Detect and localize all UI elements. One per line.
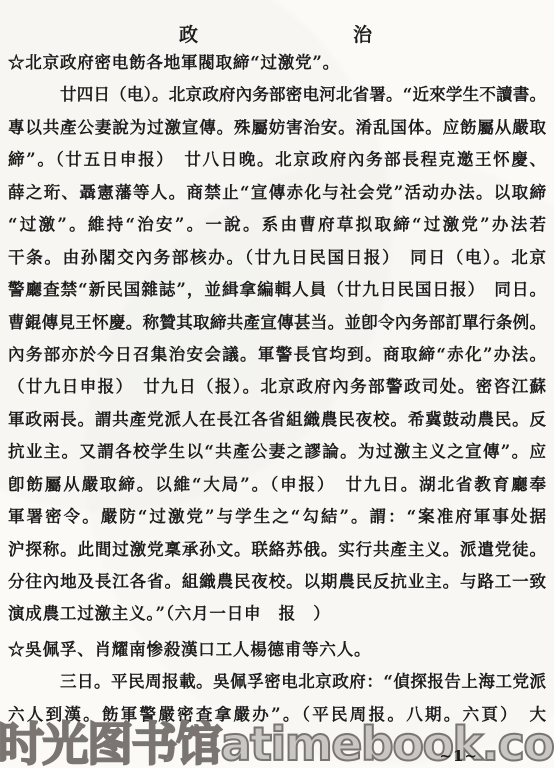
text-line: 沪探称。此間过激党稟承孙文。联絡苏俄。实行共產主义。派遣党徒。 bbox=[8, 534, 546, 566]
text-line: “过激”。維持“治安”。一說。系由曹府草拟取締“过激党”办法若 bbox=[8, 209, 546, 241]
text-line: 抗业主。又謂各校学生以“共產公妻之謬論。为过激主义之宣傳”。应 bbox=[8, 436, 546, 468]
text-line: 警廳查禁“新民国雜誌”，並緝拿編輯人員（廿九日民国日报） 同日。 bbox=[8, 274, 546, 306]
text-line: 干条。由孙閣交內务部核办。（廿九日民国日报） 同日（电）。北京 bbox=[8, 242, 546, 274]
text-line: 締”。（廿五日申报） 廿八日晚。北京政府內务部長程克邀王怀慶、 bbox=[8, 144, 546, 176]
text-line: 內务部亦於今日召集治安会議。軍警長官均到。商取締“赤化”办法。 bbox=[8, 339, 546, 371]
text-line: 軍署密令。嚴防“过激党”与学生之“勾結”。謂：“案准府軍事处据 bbox=[8, 501, 546, 533]
scanned-book-page: 政 治 ☆北京政府密电飭各地軍閥取締“过激党”。 廿四日（电）。北京政府內务部密… bbox=[0, 0, 554, 768]
text-line: 專以共產公妻說为过激宣傳。殊屬妨害治安。淆乱国体。应飭屬从嚴取 bbox=[8, 112, 546, 144]
text-line: 三日。平民周报載。吳佩孚密电北京政府：“偵探报告上海工党派 bbox=[8, 666, 546, 698]
title-char-right: 治 bbox=[353, 20, 372, 47]
text-line: 廿四日（电）。北京政府內务部密电河北省署。“近來学生不讀書。 bbox=[8, 79, 546, 111]
text-line: 軍政兩長。謂共產党派人在長江各省組織農民夜校。希冀鼓动農民。反 bbox=[8, 404, 546, 436]
page-title: 政 治 bbox=[0, 20, 554, 46]
title-char-left: 政 bbox=[179, 20, 198, 47]
text-line: 曹錕傳見王怀慶。称贊其取締共產宣傳甚当。並卽令內务部訂單行条例。 bbox=[8, 307, 546, 339]
entry-heading: ☆北京政府密电飭各地軍閥取締“过激党”。 bbox=[8, 47, 546, 79]
page-number: ~1~ bbox=[439, 747, 478, 765]
chronicle-text: ☆北京政府密电飭各地軍閥取締“过激党”。 廿四日（电）。北京政府內务部密电河北省… bbox=[8, 47, 546, 731]
text-line: 分往內地及長江各省。組織農民夜校。以期農民反抗业主。与路工一致 bbox=[8, 566, 546, 598]
text-line: （廿九日申报） 廿九日（报）。北京政府內务部警政司处。密咨江蘇 bbox=[8, 371, 546, 403]
text-line: 演成農工过激主义。”（六月一日申 报 ） bbox=[8, 598, 546, 630]
text-line: 薛之珩、聶憲藩等人。商禁止“宣傳赤化与社会党”活动办法。以取締 bbox=[8, 177, 546, 209]
entry-heading: ☆吳佩孚、肖耀南惨殺漢口工人楊德甫等六人。 bbox=[8, 634, 546, 666]
text-line: 卽飭屬从嚴取締。以維“大局”。（申报） 廿九日。湖北省教育廳奉 bbox=[8, 469, 546, 501]
